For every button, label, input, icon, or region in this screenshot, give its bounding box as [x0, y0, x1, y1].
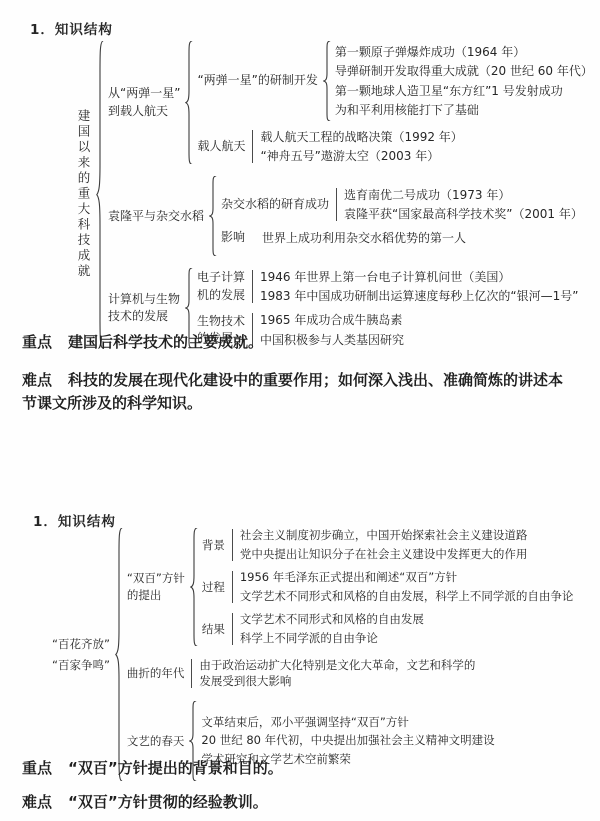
- branch-label: 从“两弹一星” 到载人航天: [108, 85, 180, 120]
- section1-heading: 1．知识结构: [30, 18, 113, 38]
- tree1-group-influence: 影响 世界上成功利用杂交水稻优势的第一人: [221, 229, 583, 247]
- tree-leaf: “神舟五号”遨游太空（2003 年）: [260, 147, 462, 165]
- tree1-branch-space: 从“两弹一星” 到载人航天 “两弹一星”的研制开发 第一颗原子弹爆炸成功（196…: [108, 40, 593, 165]
- key-point-text: “双百”方针提出的背景和目的。: [68, 759, 283, 777]
- group-label: 背景: [202, 537, 225, 554]
- section1-difficult-point: 难点科技的发展在现代化建设中的重要作用；如何深入浅出、准确简炼的讲述本节课文所涉…: [22, 369, 567, 416]
- tree-leaf: 袁隆平获“国家最高科学技术奖”（2001 年）: [344, 205, 583, 223]
- curly-brace: [209, 176, 217, 256]
- tree-leaf: 社会主义制度初步确立，中国开始探索社会主义建设道路: [240, 527, 528, 545]
- tree-leaf: 由于政治运动扩大化特别是文化大革命，文艺和科学的 发展受到很大影响: [199, 657, 475, 690]
- tree1-group-two-bombs: “两弹一星”的研制开发 第一颗原子弹爆炸成功（1964 年） 导弹研制开发取得重…: [197, 40, 592, 122]
- tree1-group-rice-breeding: 杂交水稻的研育成功 选育南优二号成功（1973 年） 袁隆平获“国家最高科学技术…: [221, 186, 583, 223]
- tree-leaf: 1983 年中国成功研制出运算速度每秒上亿次的“银河—1号”: [260, 287, 578, 305]
- tree-leaf: 文革结束后，邓小平强调坚持“双百”方针: [201, 714, 494, 732]
- tree-leaf: 文学艺术不同形式和风格的自由发展，科学上不同学派的自由争论: [240, 588, 574, 606]
- tree-leaf: 第一颗原子弹爆炸成功（1964 年）: [335, 43, 593, 61]
- branch-label: 袁隆平与杂交水稻: [108, 208, 204, 225]
- scanned-textbook-page: 1．知识结构 建国以来的重大科技成就 从“两弹一星” 到载人航天 “两弹一星”的…: [0, 0, 600, 821]
- branch-label: “双百”方针 的提出: [127, 570, 185, 603]
- tree-leaf: 中国积极参与人类基因研究: [260, 331, 404, 349]
- vertical-bar-connector: [336, 188, 337, 221]
- vertical-bar-connector: [252, 270, 253, 303]
- tree-leaf: 世界上成功利用杂交水稻优势的第一人: [262, 229, 466, 247]
- key-point-label: 重点: [22, 333, 52, 351]
- tree-leaf: 选育南优二号成功（1973 年）: [344, 186, 583, 204]
- vertical-bar-connector: [232, 571, 233, 603]
- key-point-label: 重点: [22, 759, 52, 777]
- section1-key-point: 重点建国后科学技术的主要成就。: [22, 331, 263, 354]
- group-label: 杂交水稻的研育成功: [221, 196, 329, 213]
- tree2-group-process: 过程 1956 年毛泽东正式提出和阐述“双百”方针 文学艺术不同形式和风格的自由…: [202, 569, 574, 605]
- tree1-root-label: 建国以来的重大科技成就: [76, 109, 91, 280]
- group-label: 过程: [202, 579, 225, 596]
- tree-leaf: 导弹研制开发取得重大成就（20 世纪 60 年代）: [335, 62, 593, 80]
- knowledge-tree-science-achievements: 建国以来的重大科技成就 从“两弹一星” 到载人航天 “两弹一星”的研制开发 第一…: [76, 40, 593, 349]
- branch-label: 计算机与生物 技术的发展: [108, 291, 180, 326]
- curly-brace: [96, 41, 104, 348]
- tree-leaf: 为和平利用核能打下了基础: [335, 101, 593, 119]
- tree-leaf: 载人航天工程的战略决策（1992 年）: [260, 128, 462, 146]
- tree-leaf: 党中央提出让知识分子在社会主义建设中发挥更大的作用: [240, 546, 528, 564]
- knowledge-tree-double-hundred: “百花齐放” “百家争鸣” “双百”方针 的提出 背景 社会主义制度初步确立，中…: [52, 527, 573, 782]
- tree2-group-background: 背景 社会主义制度初步确立，中国开始探索社会主义建设道路 党中央提出让知识分子在…: [202, 527, 574, 563]
- group-label: 电子计算 机的发展: [197, 269, 245, 304]
- difficult-point-text: “双百”方针贯彻的经验教训。: [68, 793, 268, 811]
- key-point-text: 建国后科学技术的主要成就。: [68, 333, 263, 351]
- tree-leaf: 1946 年世界上第一台电子计算机问世（美国）: [260, 268, 578, 286]
- vertical-bar-connector: [232, 613, 233, 645]
- tree2-group-result: 结果 文学艺术不同形式和风格的自由发展 科学上不同学派的自由争论: [202, 611, 574, 647]
- group-label: 结果: [202, 621, 225, 638]
- tree-leaf: 科学上不同学派的自由争论: [240, 630, 424, 648]
- vertical-bar-connector: [252, 130, 253, 163]
- vertical-bar-connector: [232, 529, 233, 561]
- difficult-point-label: 难点: [22, 371, 52, 389]
- tree2-branch-policy-proposal: “双百”方针 的提出 背景 社会主义制度初步确立，中国开始探索社会主义建设道路 …: [127, 527, 573, 647]
- tree-leaf: 1956 年毛泽东正式提出和阐述“双百”方针: [240, 569, 574, 587]
- section2-key-point: 重点“双百”方针提出的背景和目的。: [22, 757, 283, 780]
- section2-difficult-point: 难点“双百”方针贯彻的经验教训。: [22, 791, 268, 814]
- tree1-group-computer: 电子计算 机的发展 1946 年世界上第一台电子计算机问世（美国） 1983 年…: [197, 268, 578, 305]
- tree-leaf: 1965 年成功合成牛胰岛素: [260, 311, 404, 329]
- tree-leaf: 第一颗地球人造卫星“东方红”1 号发射成功: [335, 82, 593, 100]
- tree1-group-manned-space: 载人航天 载人航天工程的战略决策（1992 年） “神舟五号”遨游太空（2003…: [197, 128, 592, 165]
- curly-brace: [190, 528, 198, 646]
- tree-leaf: 20 世纪 80 年代初，中央提出加强社会主义精神文明建设: [201, 732, 494, 750]
- curly-brace: [185, 41, 193, 164]
- difficult-point-label: 难点: [22, 793, 52, 811]
- tree-leaf: 文学艺术不同形式和风格的自由发展: [240, 611, 424, 629]
- difficult-point-text: 科技的发展在现代化建设中的重要作用；如何深入浅出、准确简炼的讲述本节课文所涉及的…: [22, 371, 563, 412]
- tree2-branch-twisted-years: 曲折的年代 由于政治运动扩大化特别是文化大革命，文艺和科学的 发展受到很大影响: [127, 657, 573, 690]
- group-label: “两弹一星”的研制开发: [197, 72, 317, 89]
- branch-label: 文艺的春天: [127, 733, 185, 750]
- curly-brace: [115, 528, 123, 781]
- branch-label: 曲折的年代: [127, 665, 185, 682]
- tree1-branch-hybrid-rice: 袁隆平与杂交水稻 杂交水稻的研育成功 选育南优二号成功（1973 年） 袁隆平获…: [108, 175, 593, 257]
- tree2-root-label: “百花齐放” “百家争鸣”: [52, 634, 110, 675]
- group-label: 影响: [221, 229, 245, 246]
- group-label: 载人航天: [197, 138, 245, 155]
- vertical-bar-connector: [191, 659, 192, 688]
- curly-brace: [323, 41, 331, 121]
